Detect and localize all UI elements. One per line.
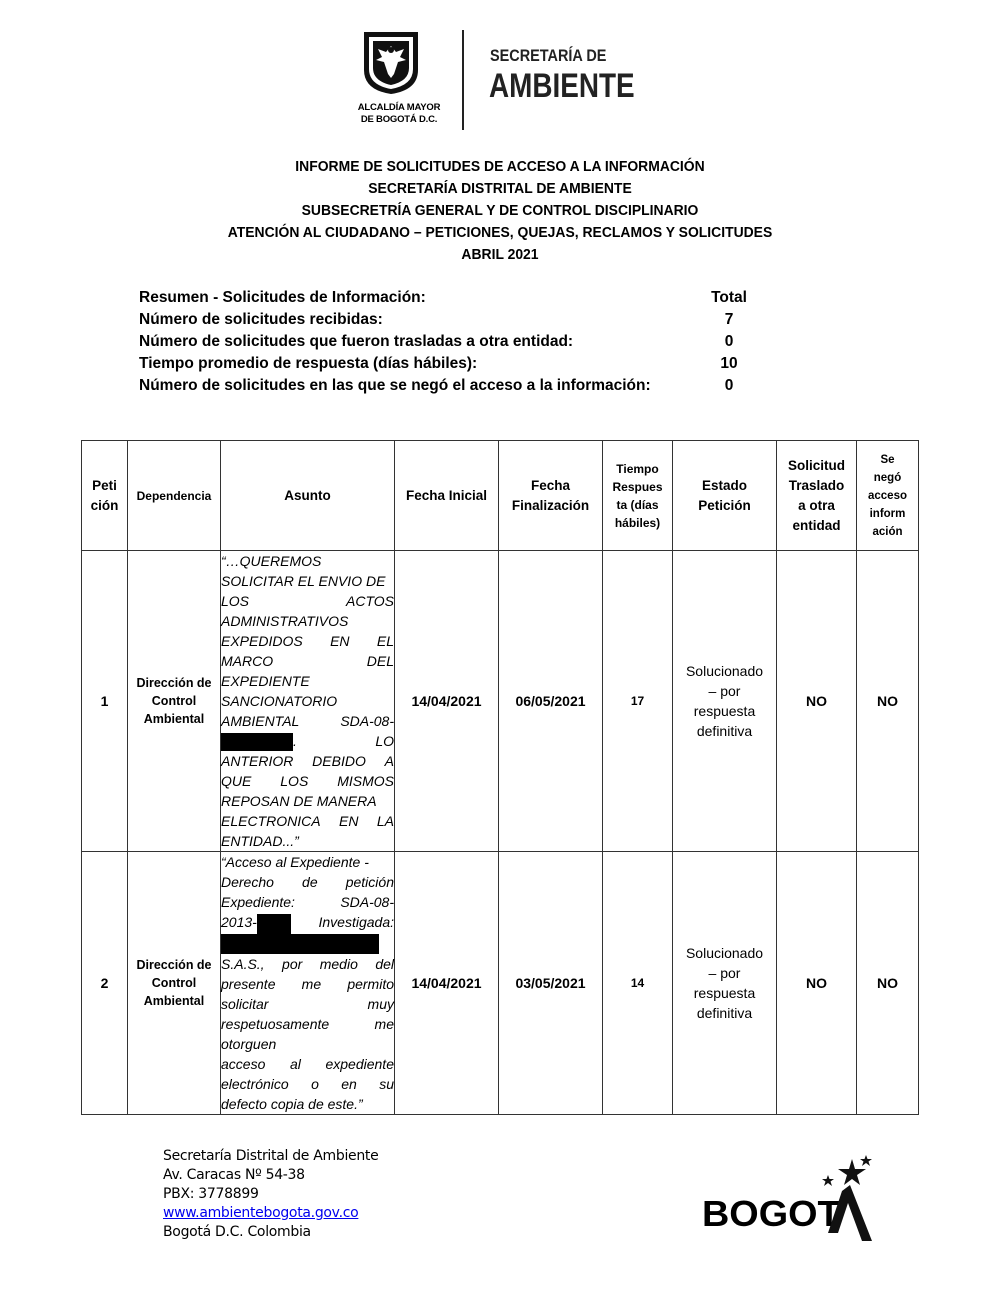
header-text: ación — [857, 523, 918, 541]
header-text: Traslado — [777, 476, 856, 496]
estado-text: respuesta — [673, 983, 776, 1003]
asunto-line: ANTERIORDEBIDOA — [221, 751, 394, 771]
asunto-line: MARCODEL — [221, 651, 394, 671]
coat-of-arms-icon — [362, 30, 420, 96]
dependencia-text: Dirección de — [128, 956, 220, 974]
header-text: Finalización — [499, 496, 602, 516]
footer-org: Secretaría Distrital de Ambiente — [163, 1147, 378, 1166]
peticion-number: 2 — [82, 852, 128, 1114]
asunto-line: accesoalexpediente — [221, 1054, 394, 1074]
redaction-block — [221, 934, 379, 954]
dependencia-text: Control — [128, 974, 220, 992]
traslado-value: NO — [777, 852, 857, 1114]
col-solicitud-traslado: Solicitud Traslado a otra entidad — [777, 441, 857, 551]
dependencia-text: Ambiental — [128, 992, 220, 1010]
col-nego-acceso: Se negó acceso inform ación — [857, 441, 919, 551]
estado-text: Solucionado — [673, 661, 776, 681]
report-subtitle: ATENCIÓN AL CIUDADANO – PETICIONES, QUEJ… — [20, 222, 980, 244]
redaction-block — [221, 733, 293, 751]
requests-table: Peti ción Dependencia Asunto Fecha Inici… — [81, 440, 919, 1115]
asunto-line: EXPEDIENTE — [221, 671, 394, 691]
report-titles: INFORME DE SOLICITUDES DE ACCESO A LA IN… — [0, 156, 1000, 266]
summary-label: Número de solicitudes en las que se negó… — [139, 375, 651, 397]
dependencia-text: Control — [128, 692, 220, 710]
summary-label: Tiempo promedio de respuesta (días hábil… — [139, 353, 477, 375]
asunto-line: respetuosamenteme — [221, 1014, 394, 1034]
summary-section: Resumen - Solicitudes de Información: To… — [139, 287, 759, 397]
summary-value: 0 — [699, 375, 759, 397]
estado-text: Solucionado — [673, 943, 776, 963]
report-subtitle: SUBSECRETRÍA GENERAL Y DE CONTROL DISCIP… — [20, 200, 980, 222]
alcaldia-logo: ALCALDÍA MAYOR DE BOGOTÁ D.C. — [340, 28, 460, 132]
report-subtitle: SECRETARÍA DISTRITAL DE AMBIENTE — [20, 178, 980, 200]
traslado-value: NO — [777, 551, 857, 852]
asunto-line: ELECTRONICAENLA — [221, 811, 394, 831]
summary-value: 10 — [699, 353, 759, 375]
dependencia-text: Dirección de — [128, 674, 220, 692]
asunto-line: REPOSAN DE MANERA — [221, 791, 394, 811]
summary-row: Tiempo promedio de respuesta (días hábil… — [139, 353, 759, 375]
asunto-line: electrónicooensu — [221, 1074, 394, 1094]
header-text: entidad — [777, 516, 856, 536]
header-text: Solicitud — [777, 456, 856, 476]
report-title: INFORME DE SOLICITUDES DE ACCESO A LA IN… — [20, 156, 980, 178]
asunto-line: AMBIENTALSDA-08- — [221, 711, 394, 731]
fecha-finalizacion: 06/05/2021 — [499, 551, 603, 852]
asunto-line: QUELOSMISMOS — [221, 771, 394, 791]
asunto-line: .LO — [221, 731, 394, 751]
table-row: 1 Dirección de Control Ambiental “…QUERE… — [82, 551, 919, 852]
summary-value: 7 — [699, 309, 759, 331]
asunto-line: Expediente:SDA-08- — [221, 892, 394, 912]
bogota-wordmark: BOGOT — [702, 1193, 841, 1235]
asunto-line: ENTIDAD...” — [221, 831, 394, 851]
footer-website-link[interactable]: www.ambientebogota.gov.co — [163, 1205, 358, 1221]
summary-row: Número de solicitudes recibidas: 7 — [139, 309, 759, 331]
asunto-line: “Acceso al Expediente - — [221, 852, 394, 872]
asunto-line: presentemepermito — [221, 974, 394, 994]
dependencia-cell: Dirección de Control Ambiental — [128, 852, 221, 1114]
alcaldia-line-1: ALCALDÍA MAYOR — [340, 102, 458, 114]
summary-label: Número de solicitudes que fueron traslad… — [139, 331, 573, 353]
bogota-logo: BOGOT — [702, 1155, 872, 1245]
estado-text: respuesta — [673, 701, 776, 721]
footer-city: Bogotá D.C. Colombia — [163, 1223, 378, 1242]
alcaldia-line-2: DE BOGOTÁ D.C. — [340, 114, 458, 126]
asunto-line: ADMINISTRATIVOS — [221, 611, 394, 631]
asunto-line: LOSACTOS — [221, 591, 394, 611]
header-text: hábiles) — [603, 514, 672, 532]
asunto-line — [221, 934, 394, 954]
summary-label: Número de solicitudes recibidas: — [139, 309, 383, 331]
header-text: Fecha — [499, 476, 602, 496]
asunto-line: EXPEDIDOSENEL — [221, 631, 394, 651]
tiempo-respuesta: 14 — [603, 852, 673, 1114]
estado-text: – por — [673, 963, 776, 983]
header-text: Tiempo — [603, 460, 672, 478]
report-period: ABRIL 2021 — [20, 244, 980, 266]
summary-heading: Resumen - Solicitudes de Información: — [139, 287, 426, 309]
asunto-line: solicitarmuy — [221, 994, 394, 1014]
col-tiempo-respuesta: Tiempo Respues ta (días hábiles) — [603, 441, 673, 551]
header-text: ción — [82, 496, 127, 516]
asunto-line: S.A.S.,pormediodel — [221, 954, 394, 974]
fecha-inicial: 14/04/2021 — [395, 852, 499, 1114]
secretaria-logo-line-2: AMBIENTE — [489, 66, 635, 106]
col-peticion: Peti ción — [82, 441, 128, 551]
col-fecha-finalizacion: Fecha Finalización — [499, 441, 603, 551]
col-dependencia: Dependencia — [128, 441, 221, 551]
header-text: a otra — [777, 496, 856, 516]
tiempo-respuesta: 17 — [603, 551, 673, 852]
nego-value: NO — [857, 852, 919, 1114]
fecha-finalizacion: 03/05/2021 — [499, 852, 603, 1114]
peticion-number: 1 — [82, 551, 128, 852]
header-text: negó — [857, 469, 918, 487]
asunto-line: SOLICITAR EL ENVIO DE — [221, 571, 394, 591]
col-asunto: Asunto — [221, 441, 395, 551]
dependencia-cell: Dirección de Control Ambiental — [128, 551, 221, 852]
fecha-inicial: 14/04/2021 — [395, 551, 499, 852]
bogota-a-glyph — [828, 1185, 872, 1243]
footer-phone: PBX: 3778899 — [163, 1185, 378, 1204]
estado-peticion: Solucionado – por respuesta definitiva — [673, 551, 777, 852]
summary-row: Número de solicitudes en las que se negó… — [139, 375, 759, 397]
col-estado-peticion: Estado Petición — [673, 441, 777, 551]
asunto-line: Derechodepetición — [221, 872, 394, 892]
asunto-line: otorguen — [221, 1034, 394, 1054]
header-text: Peti — [82, 476, 127, 496]
nego-value: NO — [857, 551, 919, 852]
col-fecha-inicial: Fecha Inicial — [395, 441, 499, 551]
asunto-line: SANCIONATORIO — [221, 691, 394, 711]
asunto-line: 2013-Investigada: — [221, 912, 394, 933]
estado-peticion: Solucionado – por respuesta definitiva — [673, 852, 777, 1114]
redaction-block — [257, 914, 291, 934]
header-text: ta (días — [603, 496, 672, 514]
secretaria-logo-line-1: SECRETARÍA DE — [490, 46, 606, 66]
table-header-row: Peti ción Dependencia Asunto Fecha Inici… — [82, 441, 919, 551]
asunto-line: defecto copia de este.” — [221, 1094, 394, 1114]
summary-row: Número de solicitudes que fueron traslad… — [139, 331, 759, 353]
asunto-line: “…QUEREMOS — [221, 551, 394, 571]
header-text: Respues — [603, 478, 672, 496]
summary-total-label: Total — [699, 287, 759, 309]
summary-heading-row: Resumen - Solicitudes de Información: To… — [139, 287, 759, 309]
dependencia-text: Ambiental — [128, 710, 220, 728]
footer-contact: Secretaría Distrital de Ambiente Av. Car… — [163, 1147, 378, 1242]
header-divider — [462, 30, 464, 130]
asunto-cell: “…QUEREMOS SOLICITAR EL ENVIO DE LOSACTO… — [221, 551, 395, 852]
header-text: inform — [857, 505, 918, 523]
header-text: acceso — [857, 487, 918, 505]
estado-text: definitiva — [673, 1003, 776, 1023]
estado-text: – por — [673, 681, 776, 701]
asunto-cell: “Acceso al Expediente - Derechodepetició… — [221, 852, 395, 1114]
header-text: Se — [857, 451, 918, 469]
table-row: 2 Dirección de Control Ambiental “Acceso… — [82, 852, 919, 1114]
summary-value: 0 — [699, 331, 759, 353]
footer-address: Av. Caracas Nº 54-38 — [163, 1166, 378, 1185]
header-text: Estado — [673, 476, 776, 496]
header-text: Petición — [673, 496, 776, 516]
estado-text: definitiva — [673, 721, 776, 741]
